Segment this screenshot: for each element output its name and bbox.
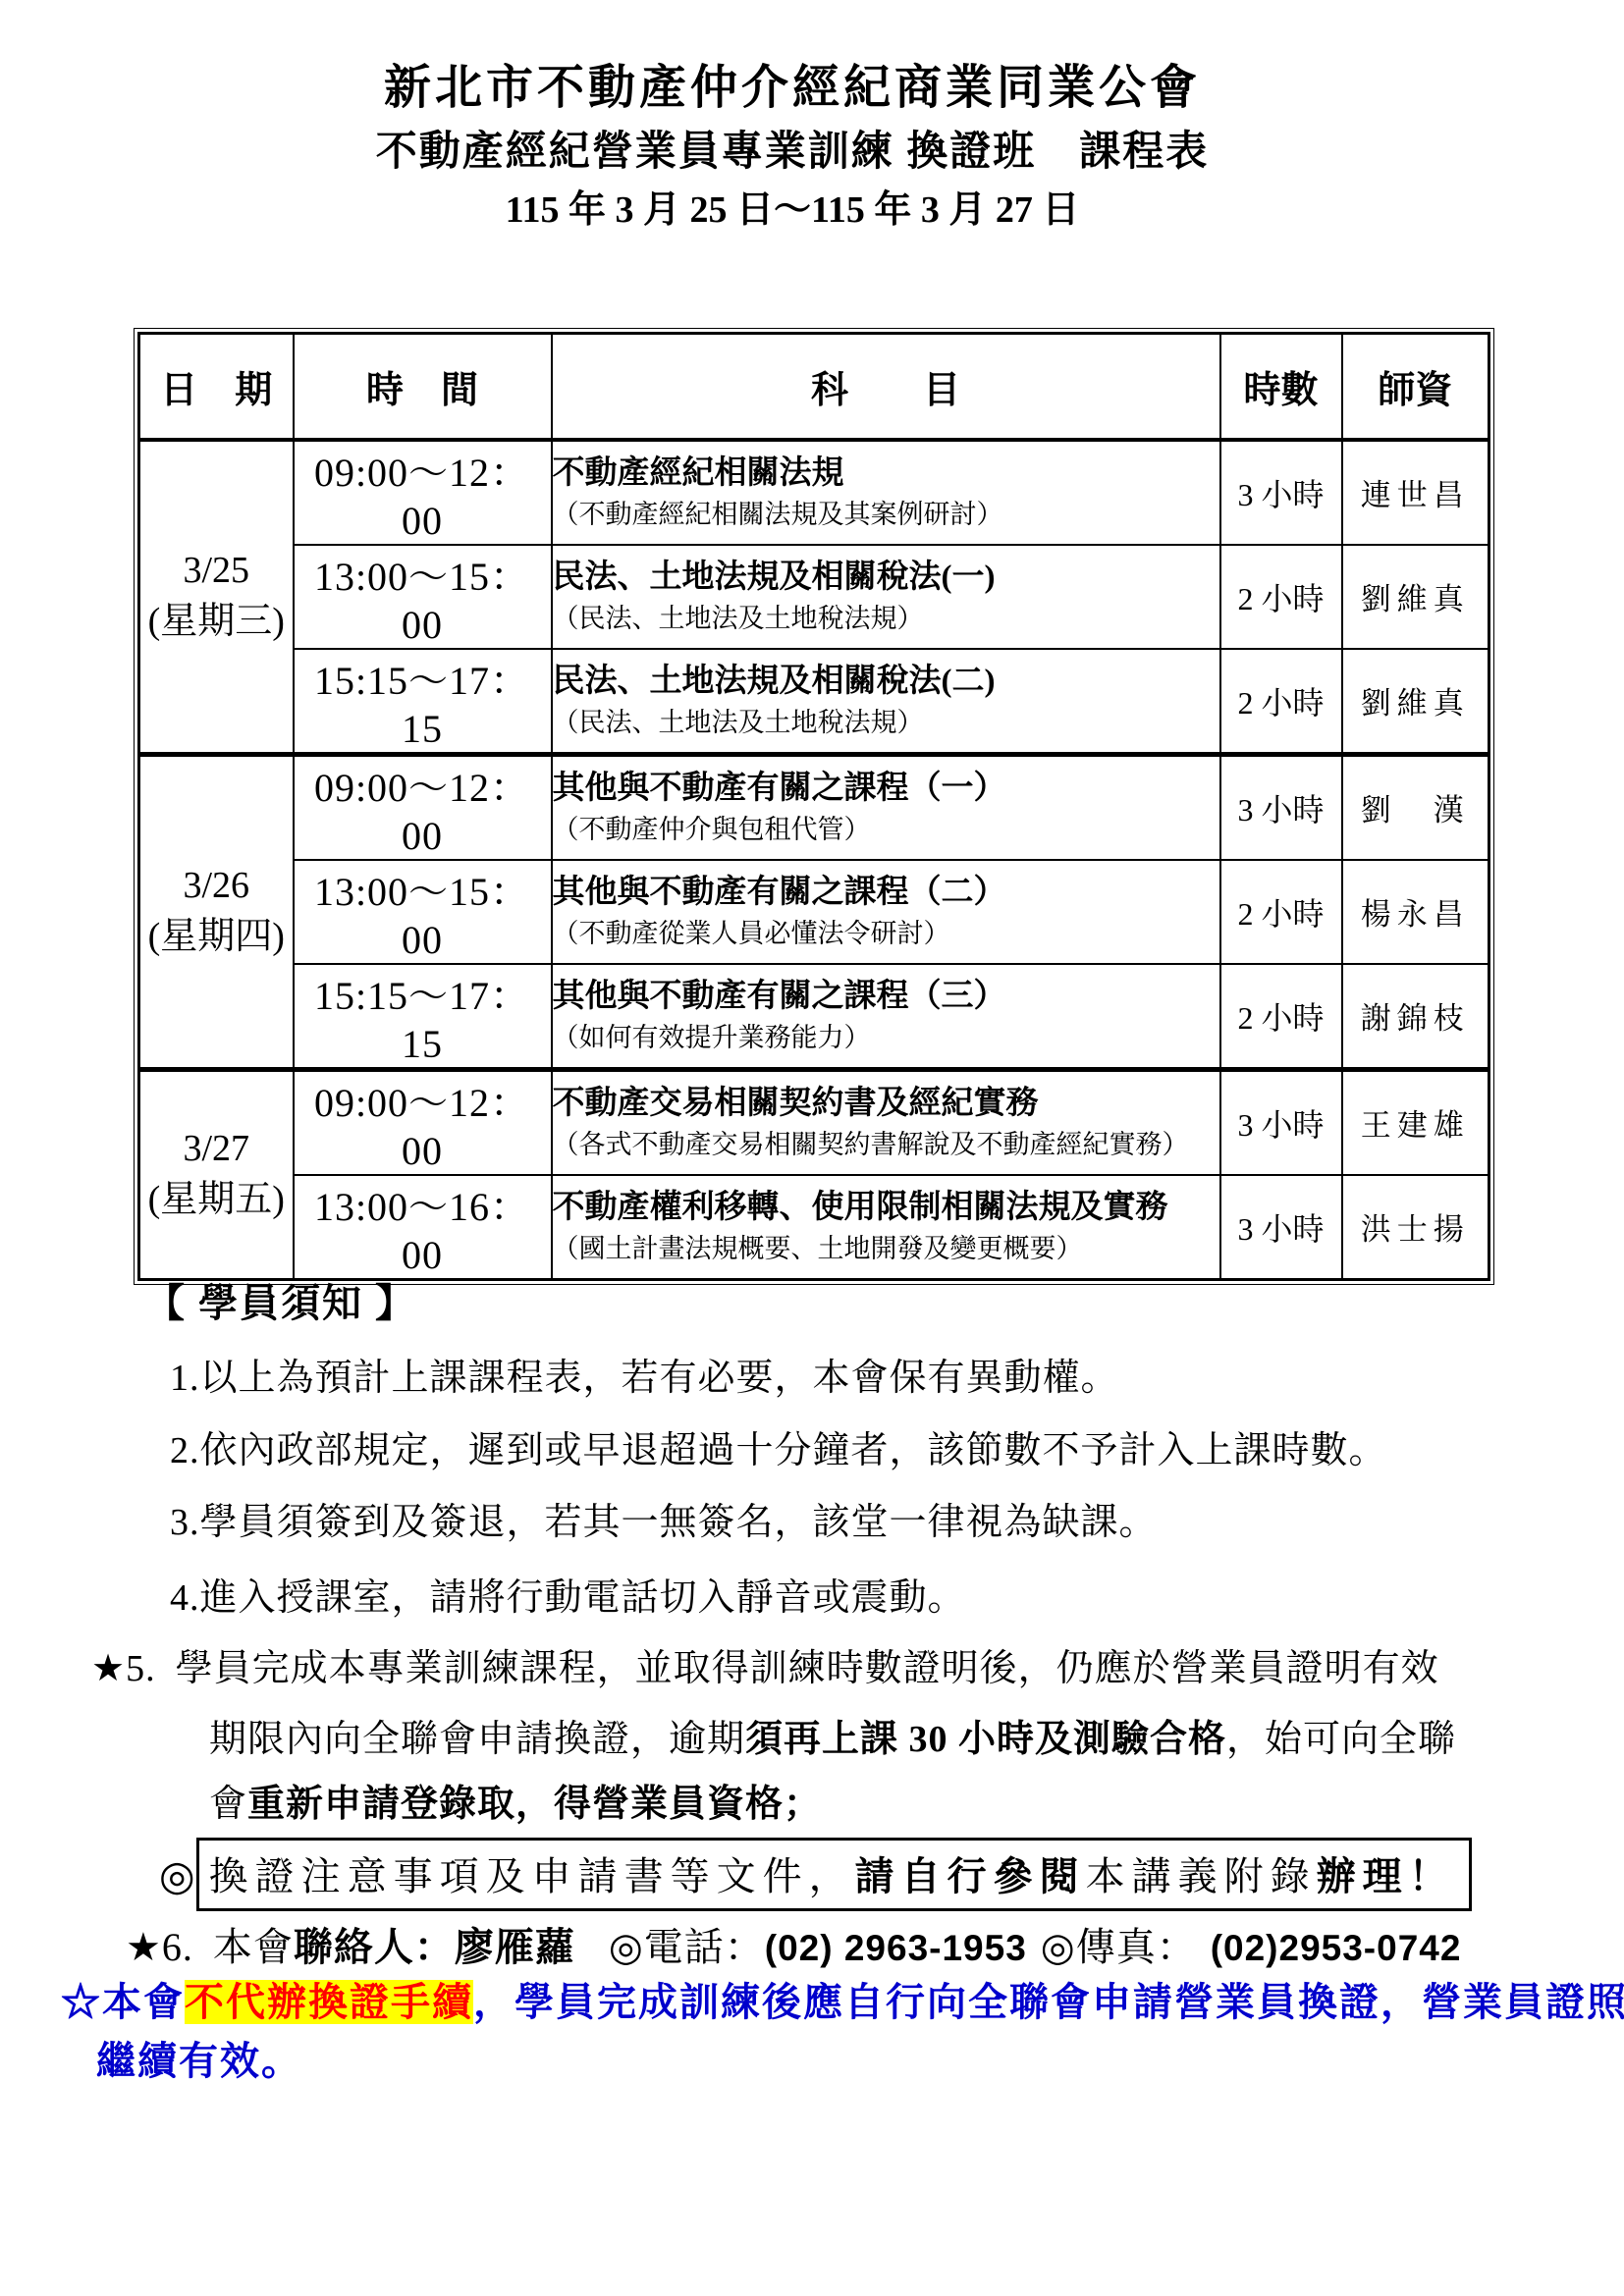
time-cell: 09:00～12：00 (294, 440, 552, 545)
column-header-time: 時 間 (294, 334, 552, 440)
hours-cell: 2 小時 (1220, 860, 1342, 964)
date-label: 3/27 (140, 1124, 293, 1174)
subject-note: （如何有效提升業務能力） (553, 1024, 1219, 1053)
note-text: 會 (209, 1784, 247, 1825)
warning-line-1: ☆本會不代辦換證手續，學員完成訓練後應自行向全聯會申請營業員換證，營業員證照才能 (61, 1971, 1624, 2027)
note-text: 本會 (213, 1925, 294, 1969)
fax-number: (02)2953-0742 (1211, 1928, 1462, 1968)
time-cell: 15:15～17：15 (294, 649, 552, 755)
table-row: 15:15～17：15 民法、土地法規及相關稅法(二) （民法、土地法及土地稅法… (139, 649, 1489, 755)
hours-cell: 3 小時 (1220, 1175, 1342, 1280)
title-block: 新北市不動產仲介經紀商業同業公會 不動產經紀營業員專業訓練 換證班 課程表 11… (0, 61, 1585, 233)
time-cell: 15:15～17：15 (294, 964, 552, 1070)
organization-title: 新北市不動產仲介經紀商業同業公會 (0, 61, 1585, 115)
subject-cell: 不動產權利移轉、使用限制相關法規及實務 （國土計畫法規概要、土地開發及變更概要） (552, 1175, 1220, 1280)
column-header-subject: 科 目 (552, 334, 1220, 440)
warning-line-2: 繼續有效。 (96, 2030, 302, 2086)
subject-title: 不動產權利移轉、使用限制相關法規及實務 (553, 1189, 1219, 1228)
note-item-5-text: 學員完成本專業訓練課程，並取得訓練時數證明後，仍應於營業員證明有效 (176, 1648, 1439, 1689)
notes-heading: 【 學員須知 】 (145, 1272, 416, 1328)
warning-text: ，學員完成訓練後應自行向全聯會申請營業員換證，營業員證照才能 (473, 1980, 1624, 2024)
warning-highlight: 不代辦換證手續 (185, 1980, 473, 2024)
subject-note: （不動產經紀相關法規及其案例研討） (553, 501, 1219, 530)
teacher-cell: 洪士揚 (1342, 1175, 1489, 1280)
subject-title: 不動產交易相關契約書及經紀實務 (553, 1085, 1219, 1124)
table-header-row: 日 期 時 間 科 目 時數 師資 (139, 334, 1489, 440)
note-text-bold: 須再上課 30 小時及測驗合格 (745, 1719, 1226, 1760)
subject-title: 其他與不動產有關之課程（二） (553, 874, 1219, 913)
weekday-label: (星期五) (140, 1175, 293, 1225)
phone-number: (02) 2963-1953 (765, 1928, 1027, 1968)
date-label: 3/25 (140, 546, 293, 596)
table-row: 3/25 (星期三) 09:00～12：00 不動產經紀相關法規 （不動產經紀相… (139, 440, 1489, 545)
column-header-teacher: 師資 (1342, 334, 1489, 440)
warning-text: 本會 (102, 1980, 185, 2024)
contact-name: 聯絡人：廖雁蘿 (294, 1925, 575, 1969)
open-star-icon: ☆ (61, 1980, 102, 2024)
time-cell: 09:00～12：00 (294, 1069, 552, 1175)
subject-title: 其他與不動產有關之課程（三） (553, 978, 1219, 1017)
column-header-date: 日 期 (139, 334, 294, 440)
star-icon: ★5. (91, 1648, 156, 1689)
subject-note: （國土計畫法規概要、土地開發及變更概要） (553, 1235, 1219, 1264)
date-cell: 3/26 (星期四) (139, 754, 294, 1069)
hours-cell: 2 小時 (1220, 964, 1342, 1070)
subject-title: 其他與不動產有關之課程（一） (553, 770, 1219, 809)
note-text: ，始可向全聯 (1226, 1719, 1456, 1760)
note-item-5-line-3: 會重新申請登錄取，得營業員資格； (209, 1773, 822, 1827)
phone-label: ◎電話： (609, 1925, 765, 1969)
note-item-5-line-1: ★5.學員完成本專業訓練課程，並取得訓練時數證明後，仍應於營業員證明有效 (91, 1637, 1439, 1691)
subject-cell: 其他與不動產有關之課程（一） （不動產仲介與包租代管） (552, 754, 1220, 860)
subject-cell: 其他與不動產有關之課程（三） （如何有效提升業務能力） (552, 964, 1220, 1070)
subject-cell: 不動產交易相關契約書及經紀實務 （各式不動產交易相關契約書解說及不動產經紀實務） (552, 1069, 1220, 1175)
note-item-2: 2.依內政部規定，遲到或早退超過十分鐘者，該節數不予計入上課時數。 (170, 1419, 1387, 1473)
time-cell: 13:00～15：00 (294, 545, 552, 649)
table-row: 15:15～17：15 其他與不動產有關之課程（三） （如何有效提升業務能力） … (139, 964, 1489, 1070)
note-item-3: 3.學員須簽到及簽退，若其一無簽名，該堂一律視為缺課。 (170, 1491, 1158, 1545)
boxed-text: 換證注意事項及申請書等文件， (209, 1854, 855, 1898)
subject-cell: 其他與不動產有關之課程（二） （不動產從業人員必懂法令研討） (552, 860, 1220, 964)
weekday-label: (星期三) (140, 597, 293, 647)
hours-cell: 3 小時 (1220, 754, 1342, 860)
subject-note: （不動產仲介與包租代管） (553, 816, 1219, 845)
teacher-cell: 劉 漢 (1342, 754, 1489, 860)
time-cell: 13:00～15：00 (294, 860, 552, 964)
boxed-text: 本講義附錄 (1086, 1854, 1317, 1898)
subject-note: （民法、土地法及土地稅法規） (553, 709, 1219, 738)
time-cell: 09:00～12：00 (294, 754, 552, 860)
star-icon: ★6. (126, 1925, 193, 1969)
date-range: 115 年 3 月 25 日～115 年 3 月 27 日 (0, 189, 1585, 233)
note-text-bold: 重新申請登錄取，得營業員資格； (247, 1784, 822, 1825)
subject-title: 民法、土地法規及相關稅法(二) (553, 663, 1219, 702)
boxed-text-bold: 請自行參閱 (855, 1854, 1086, 1898)
table-row: 13:00～15：00 民法、土地法規及相關稅法(一) （民法、土地法及土地稅法… (139, 545, 1489, 649)
subject-cell: 民法、土地法規及相關稅法(一) （民法、土地法及土地稅法規） (552, 545, 1220, 649)
hours-cell: 3 小時 (1220, 440, 1342, 545)
fax-label: ◎傳真： (1041, 1925, 1197, 1969)
subject-title: 不動產經紀相關法規 (553, 454, 1219, 494)
subject-note: （不動產從業人員必懂法令研討） (553, 920, 1219, 949)
circle-marker-icon: ◎ (159, 1854, 196, 1899)
certificate-notice-box: 換證注意事項及申請書等文件，請自行參閱本講義附錄辦理！ (196, 1838, 1472, 1911)
subject-title: 民法、土地法規及相關稅法(一) (553, 559, 1219, 598)
table-row: 13:00～15：00 其他與不動產有關之課程（二） （不動產從業人員必懂法令研… (139, 860, 1489, 964)
schedule-table: 日 期 時 間 科 目 時數 師資 3/25 (星期三) 09:00～12：00… (137, 332, 1490, 1281)
note-item-5-line-2: 期限內向全聯會申請換證，逾期須再上課 30 小時及測驗合格，始可向全聯 (209, 1708, 1456, 1762)
teacher-cell: 謝錦枝 (1342, 964, 1489, 1070)
weekday-label: (星期四) (140, 912, 293, 962)
subject-cell: 不動產經紀相關法規 （不動產經紀相關法規及其案例研討） (552, 440, 1220, 545)
teacher-cell: 楊永昌 (1342, 860, 1489, 964)
note-item-4: 4.進入授課室，請將行動電話切入靜音或震動。 (170, 1567, 966, 1621)
table-row: 3/27 (星期五) 09:00～12：00 不動產交易相關契約書及經紀實務 （… (139, 1069, 1489, 1175)
date-cell: 3/27 (星期五) (139, 1069, 294, 1279)
date-cell: 3/25 (星期三) (139, 440, 294, 755)
hours-cell: 2 小時 (1220, 545, 1342, 649)
column-header-hours: 時數 (1220, 334, 1342, 440)
note-text: 期限內向全聯會申請換證，逾期 (209, 1719, 745, 1760)
date-label: 3/26 (140, 861, 293, 911)
hours-cell: 3 小時 (1220, 1069, 1342, 1175)
teacher-cell: 劉維真 (1342, 649, 1489, 755)
teacher-cell: 王建雄 (1342, 1069, 1489, 1175)
document-page: 新北市不動產仲介經紀商業同業公會 不動產經紀營業員專業訓練 換證班 課程表 11… (0, 0, 1624, 2296)
time-cell: 13:00～16：00 (294, 1175, 552, 1280)
certificate-notice-line: ◎換證注意事項及申請書等文件，請自行參閱本講義附錄辦理！ (159, 1838, 1472, 1911)
subject-note: （各式不動產交易相關契約書解說及不動產經紀實務） (553, 1131, 1219, 1160)
table-row: 13:00～16：00 不動產權利移轉、使用限制相關法規及實務 （國土計畫法規概… (139, 1175, 1489, 1280)
subject-cell: 民法、土地法規及相關稅法(二) （民法、土地法及土地稅法規） (552, 649, 1220, 755)
teacher-cell: 劉維真 (1342, 545, 1489, 649)
note-item-1: 1.以上為預計上課課程表，若有必要，本會保有異動權。 (170, 1347, 1119, 1401)
note-item-6: ★6.本會聯絡人：廖雁蘿◎電話：(02) 2963-1953◎傳真：(02)29… (126, 1916, 1461, 1972)
table-row: 3/26 (星期四) 09:00～12：00 其他與不動產有關之課程（一） （不… (139, 754, 1489, 860)
hours-cell: 2 小時 (1220, 649, 1342, 755)
boxed-text-bold: 辦理！ (1317, 1854, 1455, 1898)
subject-note: （民法、土地法及土地稅法規） (553, 605, 1219, 634)
course-title: 不動產經紀營業員專業訓練 換證班 課程表 (0, 129, 1585, 176)
teacher-cell: 連世昌 (1342, 440, 1489, 545)
